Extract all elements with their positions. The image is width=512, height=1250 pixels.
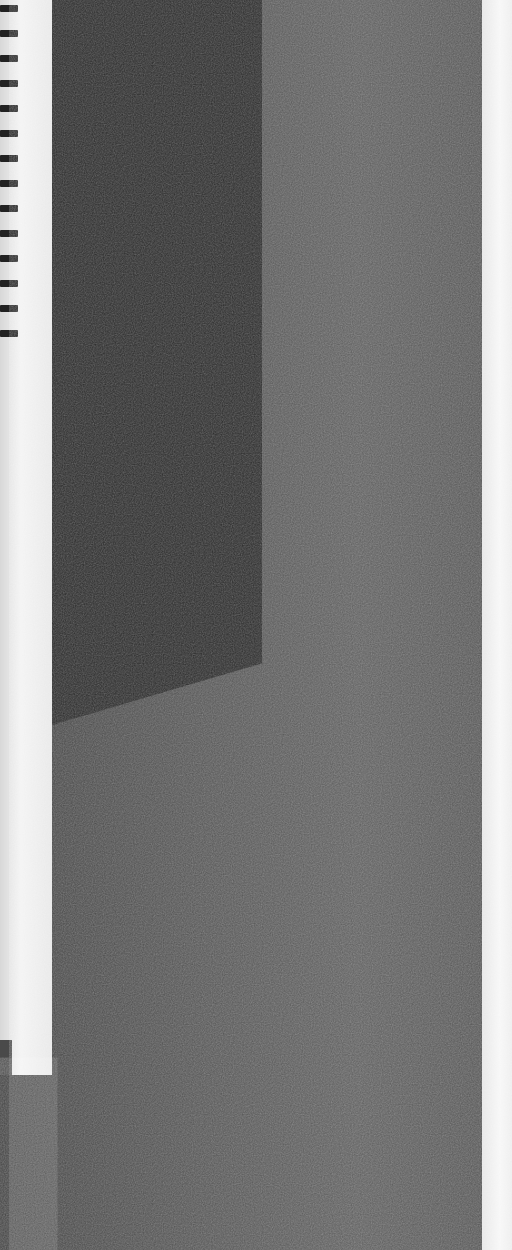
perforation [0, 255, 18, 262]
right-film-edge [482, 0, 512, 1250]
perforation-row [0, 0, 52, 520]
perforation [0, 205, 18, 212]
perforation [0, 5, 18, 12]
perforation [0, 80, 18, 87]
perforation [0, 155, 18, 162]
left-edge-notch [0, 1040, 12, 1075]
dark-panel [52, 0, 262, 725]
perforation [0, 55, 18, 62]
perforation [0, 130, 18, 137]
perforation [0, 180, 18, 187]
perforation [0, 330, 18, 337]
perforation [0, 230, 18, 237]
perforation [0, 305, 18, 312]
perforation [0, 30, 18, 37]
perforation [0, 280, 18, 287]
perforation [0, 105, 18, 112]
